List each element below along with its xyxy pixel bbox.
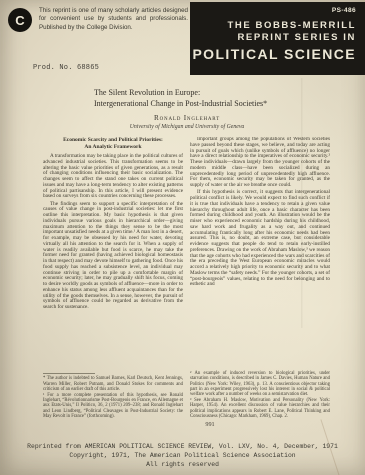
footer-source-line: Reprinted from AMERICAN POLITICAL SCIENC… bbox=[0, 442, 365, 451]
footnote-3: ³ See Abraham H. Maslow, Motivation and … bbox=[190, 398, 330, 419]
body-paragraph: If this hypothesis is correct, it sugges… bbox=[190, 190, 330, 288]
product-number: Prod. No. 68865 bbox=[33, 64, 99, 72]
footnote-2: ² An example of induced reversion to bio… bbox=[190, 371, 330, 397]
section-heading-line1: Economic Scarcity and Political Prioriti… bbox=[43, 137, 183, 144]
section-heading: Economic Scarcity and Political Prioriti… bbox=[43, 137, 183, 150]
college-division-badge: C bbox=[8, 8, 32, 32]
body-paragraph: The findings seem to support a specific … bbox=[43, 202, 183, 311]
article-title-line1: The Silent Revolution in Europe: bbox=[94, 88, 334, 99]
author-name: Ronald Inglehart bbox=[44, 114, 330, 122]
reprint-footer: Reprinted from AMERICAN POLITICAL SCIENC… bbox=[0, 442, 365, 469]
footer-rights-line: All rights reserved bbox=[0, 460, 365, 469]
footnote-1: ¹ For a more complete presentation of th… bbox=[43, 393, 183, 419]
series-code: PS-486 bbox=[190, 7, 356, 14]
body-paragraph: Important groups among the populations o… bbox=[190, 137, 330, 189]
left-column: Economic Scarcity and Political Prioriti… bbox=[43, 137, 183, 420]
series-banner: PS-486 THE BOBBS-MERRILL REPRINT SERIES … bbox=[190, 2, 365, 75]
article-title: The Silent Revolution in Europe: Interge… bbox=[94, 88, 334, 109]
footnote-asterisk: * The author is indebted to Samuel Barne… bbox=[43, 376, 183, 392]
page-number: 991 bbox=[0, 421, 365, 428]
series-title-line2: REPRINT SERIES IN bbox=[190, 32, 356, 44]
left-footnotes: * The author is indebted to Samuel Barne… bbox=[43, 373, 183, 420]
body-paragraph: A transformation may be taking place in … bbox=[43, 154, 183, 200]
series-subject: POLITICAL SCIENCE bbox=[190, 46, 356, 62]
article-title-line2: Intergenerational Change in Post-Industr… bbox=[94, 99, 334, 110]
series-title-line1: THE BOBBS-MERRILL bbox=[190, 20, 356, 32]
article-body: Economic Scarcity and Political Prioriti… bbox=[43, 137, 330, 420]
author-affiliation: University of Michigan and University of… bbox=[44, 124, 330, 130]
reprint-notice: This reprint is one of many scholarly ar… bbox=[39, 7, 188, 32]
right-footnotes: ² An example of induced reversion to bio… bbox=[190, 371, 330, 420]
right-column: Important groups among the populations o… bbox=[190, 137, 330, 420]
section-heading-line2: An Analytic Framework bbox=[43, 144, 183, 151]
badge-letter-c: C bbox=[15, 14, 24, 27]
footer-copyright-line: Copyright, 1971, The American Political … bbox=[0, 451, 365, 460]
scanned-reprint-page: C This reprint is one of many scholarly … bbox=[0, 0, 365, 475]
footnote-rule bbox=[43, 373, 95, 374]
